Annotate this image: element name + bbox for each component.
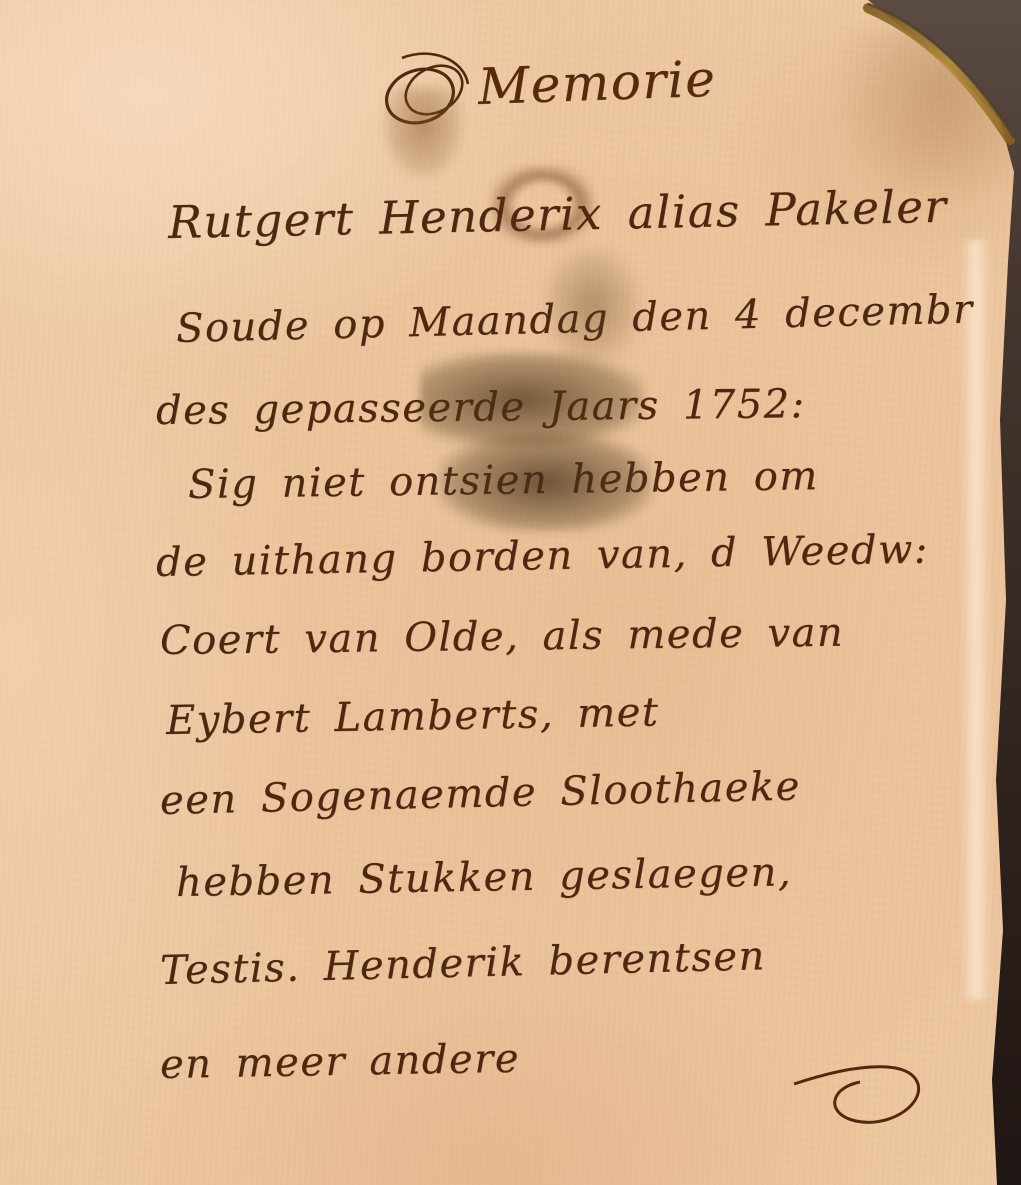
- manuscript-line-3: des gepasseerde Jaars 1752:: [156, 381, 806, 434]
- manuscript-line-5: de uithang borden van, d Weedw:: [156, 527, 930, 586]
- manuscript-line-11: en meer andere: [160, 1036, 521, 1088]
- ink-stain: [383, 88, 463, 178]
- manuscript-line-1: Rutgert Henderix alias Pakeler: [167, 180, 947, 249]
- calligraphic-flourish-icon: [372, 44, 482, 144]
- manuscript-title: Memorie: [477, 50, 717, 116]
- manuscript-line-10: Testis. Henderik berentsen: [159, 933, 766, 994]
- manuscript-line-2: Soude op Maandag den 4 decembr: [175, 287, 974, 352]
- manuscript-photograph: Memorie Rutgert Henderix alias Pakeler S…: [0, 0, 1021, 1185]
- manuscript-line-9: hebben Stukken geslaegen,: [176, 849, 793, 906]
- tail-flourish-icon: [790, 1058, 1000, 1138]
- manuscript-line-4: Sig niet ontsien hebben om: [188, 453, 819, 508]
- torn-edge-highlight: [962, 240, 988, 1000]
- manuscript-line-8: een Sogenaemde Sloothaeke: [159, 763, 801, 824]
- manuscript-page: Memorie Rutgert Henderix alias Pakeler S…: [0, 0, 1021, 1185]
- manuscript-line-6: Coert van Olde, als mede van: [160, 610, 845, 664]
- manuscript-line-7: Eybert Lamberts, met: [166, 689, 660, 744]
